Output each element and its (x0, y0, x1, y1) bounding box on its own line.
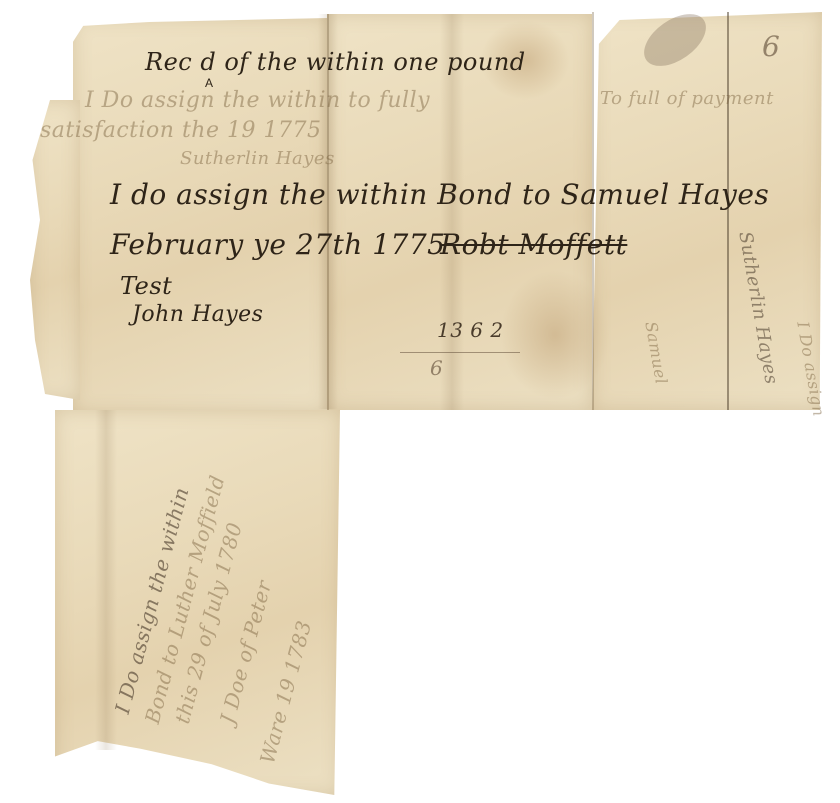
bleed-text-upper-left-2: satisfaction the 19 1775 (40, 118, 321, 143)
stain-center-right (500, 270, 610, 400)
corner-mark: 6 (762, 30, 780, 63)
document-torn-left-edge (30, 100, 80, 400)
sum-line-2: 6 (430, 356, 443, 380)
document-top-panel-right (592, 12, 822, 410)
struck-signature: Robt Moffett (440, 228, 627, 261)
receipt-line: Rec d of the within one pound (145, 48, 526, 76)
insertion-mark: A (205, 76, 213, 90)
bleed-text-upper-right: To full of payment (600, 88, 774, 109)
sum-line-1: 13 6 2 (437, 318, 504, 342)
bleed-text-upper-left-3: Sutherlin Hayes (180, 148, 335, 169)
witness-label: Test (120, 272, 172, 300)
date-line: February ye 27th 1775 (110, 228, 445, 261)
document-top-panel-left (73, 18, 328, 413)
bleed-text-upper-left-1: I Do assign the within to fully (85, 88, 430, 113)
sum-underline (400, 352, 520, 353)
witness-name: John Hayes (132, 302, 263, 327)
assignment-line: I do assign the within Bond to Samuel Ha… (110, 178, 769, 211)
fold-line-3 (727, 12, 729, 410)
